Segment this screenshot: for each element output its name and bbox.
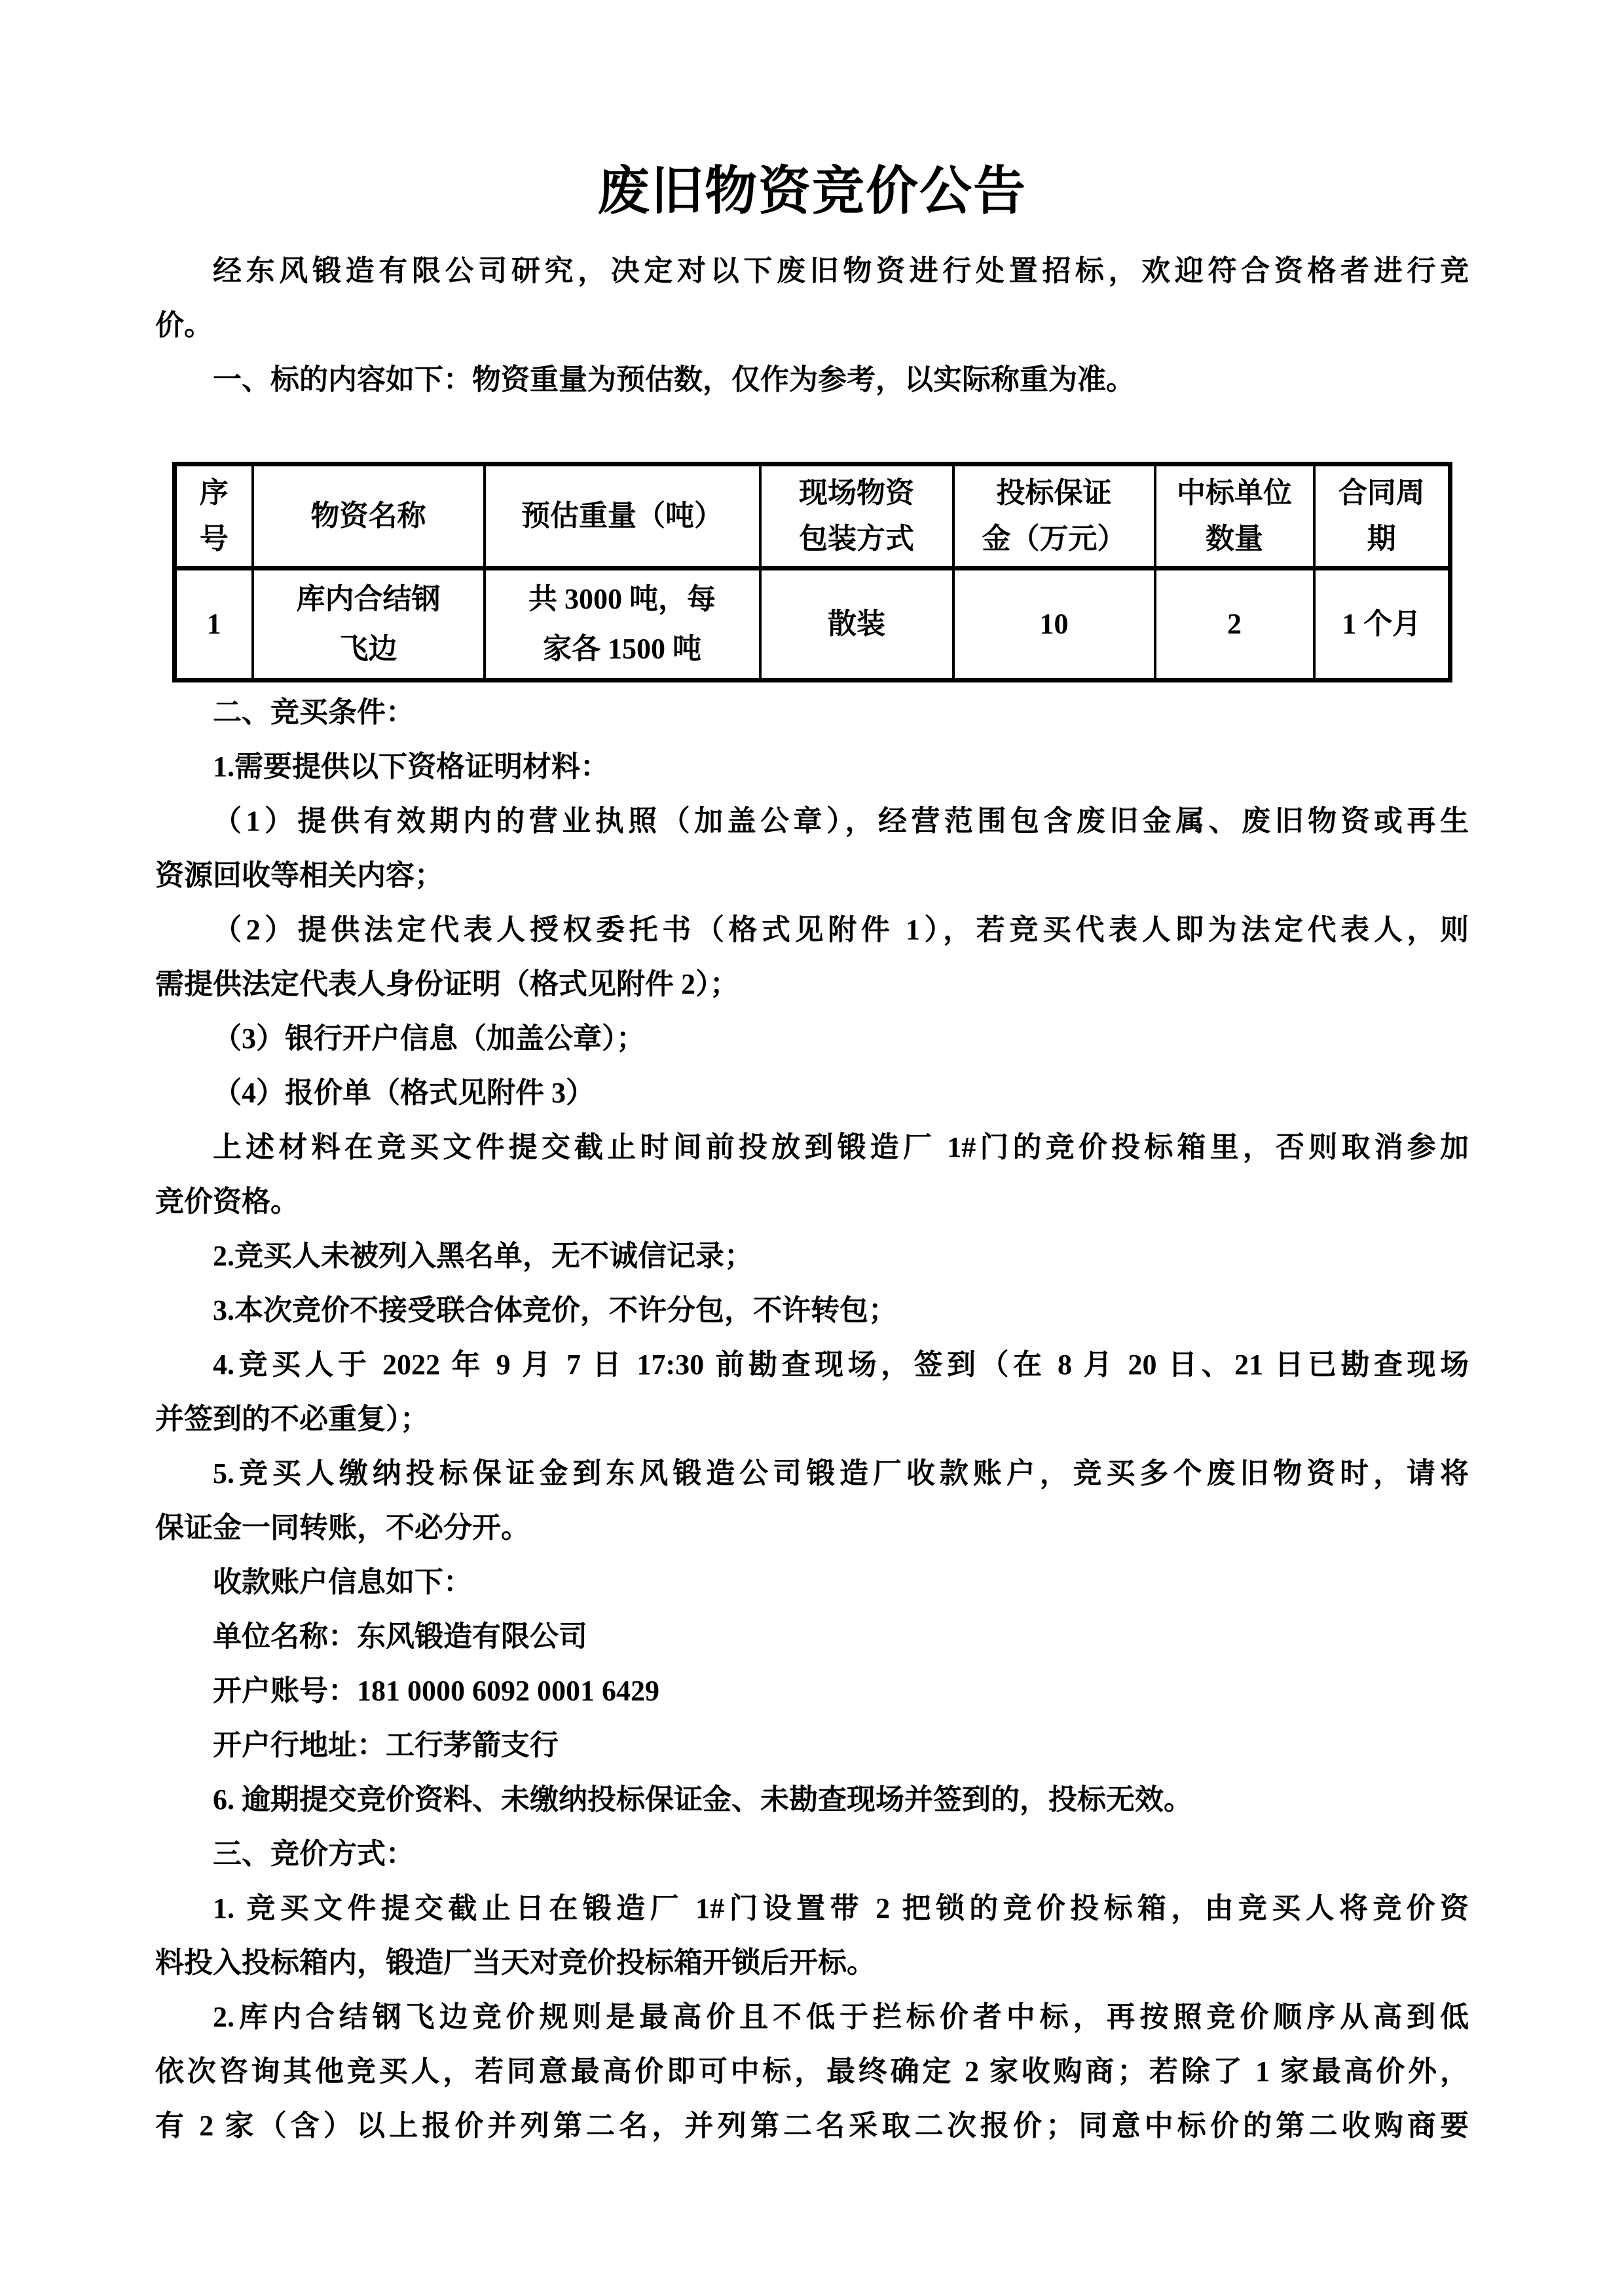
header-seq-no: 序 号	[175, 464, 253, 569]
cell-seq-no: 1	[175, 569, 253, 681]
text-line: 竞价资格。	[155, 1174, 1469, 1229]
paragraph: （4）报价单（格式见附件 3）	[155, 1066, 1469, 1120]
text-line: 单位名称：东风锻造有限公司	[155, 1609, 1469, 1664]
text-line: 开户账号：181 0000 6092 0001 6429	[155, 1664, 1469, 1718]
text-line: （4）报价单（格式见附件 3）	[155, 1066, 1469, 1120]
table-header-row: 序 号 物资名称 预估重量（吨） 现场物资 包装方式 投标保证 金（万元） 中标…	[175, 464, 1450, 569]
cell-packaging: 散装	[760, 569, 953, 681]
paragraph: 2.竞买人未被列入黑名单，无不诚信记录；	[155, 1229, 1469, 1283]
header-estimated-weight: 预估重量（吨）	[485, 464, 760, 569]
intro-paragraphs: 经东风锻造有限公司研究，决定对以下废旧物资进行处置招标，欢迎符合资格者进行竞价。…	[155, 244, 1469, 407]
paragraph: 2.库内合结钢飞边竞价规则是最高价且不低于拦标价者中标，再按照竞价顺序从高到低依…	[155, 1990, 1469, 2153]
text-line: 价。	[155, 298, 1469, 352]
paragraph: 开户账号：181 0000 6092 0001 6429	[155, 1664, 1469, 1718]
header-contract-period: 合同周 期	[1314, 464, 1450, 569]
text-line: 依次咨询其他竞买人，若同意最高价即可中标，最终确定 2 家收购商；若除了 1 家…	[155, 2044, 1469, 2099]
paragraph: 6. 逾期提交竞价资料、未缴纳投标保证金、未勘查现场并签到的，投标无效。	[155, 1772, 1469, 1827]
paragraph: （3）银行开户信息（加盖公章）；	[155, 1011, 1469, 1066]
paragraph: 3.本次竞价不接受联合体竞价，不许分包，不许转包；	[155, 1283, 1469, 1337]
text-line: 2.竞买人未被列入黑名单，无不诚信记录；	[155, 1229, 1469, 1283]
text-line: 料投入投标箱内，锻造厂当天对竞价投标箱开锁后开标。	[155, 1935, 1469, 1990]
cell-estimated-weight: 共 3000 吨，每 家各 1500 吨	[485, 569, 760, 681]
header-packaging: 现场物资 包装方式	[760, 464, 953, 569]
text-line: 开户行地址：工行茅箭支行	[155, 1718, 1469, 1772]
body-paragraphs: 二、竞买条件：1.需要提供以下资格证明材料：（1）提供有效期内的营业执照（加盖公…	[155, 685, 1469, 2153]
text-line: 需提供法定代表人身份证明（格式见附件 2）；	[155, 957, 1469, 1011]
paragraph: 三、竞价方式：	[155, 1827, 1469, 1881]
text-line: 6. 逾期提交竞价资料、未缴纳投标保证金、未勘查现场并签到的，投标无效。	[155, 1772, 1469, 1827]
text-line: 5.竞买人缴纳投标保证金到东风锻造公司锻造厂收款账户，竞买多个废旧物资时，请将	[155, 1446, 1469, 1501]
text-line: （1）提供有效期内的营业执照（加盖公章），经营范围包含废旧金属、废旧物资或再生	[155, 794, 1469, 848]
document-page: 废旧物资竞价公告 经东风锻造有限公司研究，决定对以下废旧物资进行处置招标，欢迎符…	[0, 0, 1624, 2278]
cell-bid-deposit: 10	[953, 569, 1155, 681]
text-line: 资源回收等相关内容；	[155, 848, 1469, 903]
cell-contract-period: 1 个月	[1314, 569, 1450, 681]
paragraph: 二、竞买条件：	[155, 685, 1469, 739]
text-line: 3.本次竞价不接受联合体竞价，不许分包，不许转包；	[155, 1283, 1469, 1337]
paragraph: 1. 竞买文件提交截止日在锻造厂 1#门设置带 2 把锁的竞价投标箱，由竞买人将…	[155, 1881, 1469, 1990]
text-line: 1.需要提供以下资格证明材料：	[155, 739, 1469, 794]
text-line: 1. 竞买文件提交截止日在锻造厂 1#门设置带 2 把锁的竞价投标箱，由竞买人将…	[155, 1881, 1469, 1935]
paragraph: 上述材料在竞买文件提交截止时间前投放到锻造厂 1#门的竞价投标箱里，否则取消参加…	[155, 1120, 1469, 1229]
text-line: 2.库内合结钢飞边竞价规则是最高价且不低于拦标价者中标，再按照竞价顺序从高到低	[155, 1990, 1469, 2044]
text-line: 有 2 家（含）以上报价并列第二名，并列第二名采取二次报价；同意中标价的第二收购…	[155, 2099, 1469, 2153]
paragraph: 单位名称：东风锻造有限公司	[155, 1609, 1469, 1664]
text-line: 二、竞买条件：	[155, 685, 1469, 739]
text-line: 收款账户信息如下：	[155, 1555, 1469, 1609]
paragraph: （2）提供法定代表人授权委托书（格式见附件 1），若竞买代表人即为法定代表人，则…	[155, 903, 1469, 1011]
text-line: 4.竞买人于 2022 年 9 月 7 日 17:30 前勘查现场，签到（在 8…	[155, 1337, 1469, 1392]
text-line: 保证金一同转账，不必分开。	[155, 1501, 1469, 1555]
paragraph: 1.需要提供以下资格证明材料：	[155, 739, 1469, 794]
lot-table: 序 号 物资名称 预估重量（吨） 现场物资 包装方式 投标保证 金（万元） 中标…	[172, 462, 1452, 682]
text-line: 并签到的不必重复）；	[155, 1392, 1469, 1446]
table-row: 1 库内合结钢 飞边 共 3000 吨，每 家各 1500 吨 散装 10 2 …	[175, 569, 1450, 681]
paragraph: （1）提供有效期内的营业执照（加盖公章），经营范围包含废旧金属、废旧物资或再生资…	[155, 794, 1469, 903]
paragraph: 5.竞买人缴纳投标保证金到东风锻造公司锻造厂收款账户，竞买多个废旧物资时，请将保…	[155, 1446, 1469, 1555]
cell-material-name: 库内合结钢 飞边	[253, 569, 485, 681]
text-line: 上述材料在竞买文件提交截止时间前投放到锻造厂 1#门的竞价投标箱里，否则取消参加	[155, 1120, 1469, 1174]
paragraph: 4.竞买人于 2022 年 9 月 7 日 17:30 前勘查现场，签到（在 8…	[155, 1337, 1469, 1446]
header-material-name: 物资名称	[253, 464, 485, 569]
text-line: （3）银行开户信息（加盖公章）；	[155, 1011, 1469, 1066]
paragraph: 一、标的内容如下：物资重量为预估数，仅作为参考，以实际称重为准。	[155, 352, 1469, 407]
text-line: 三、竞价方式：	[155, 1827, 1469, 1881]
document-title: 废旧物资竞价公告	[155, 162, 1469, 221]
cell-winner-count: 2	[1155, 569, 1314, 681]
paragraph: 经东风锻造有限公司研究，决定对以下废旧物资进行处置招标，欢迎符合资格者进行竞价。	[155, 244, 1469, 352]
text-line: （2）提供法定代表人授权委托书（格式见附件 1），若竞买代表人即为法定代表人，则	[155, 903, 1469, 957]
paragraph: 开户行地址：工行茅箭支行	[155, 1718, 1469, 1772]
header-winner-count: 中标单位 数量	[1155, 464, 1314, 569]
text-line: 经东风锻造有限公司研究，决定对以下废旧物资进行处置招标，欢迎符合资格者进行竞	[155, 244, 1469, 298]
text-line: 一、标的内容如下：物资重量为预估数，仅作为参考，以实际称重为准。	[155, 352, 1469, 407]
paragraph: 收款账户信息如下：	[155, 1555, 1469, 1609]
header-bid-deposit: 投标保证 金（万元）	[953, 464, 1155, 569]
